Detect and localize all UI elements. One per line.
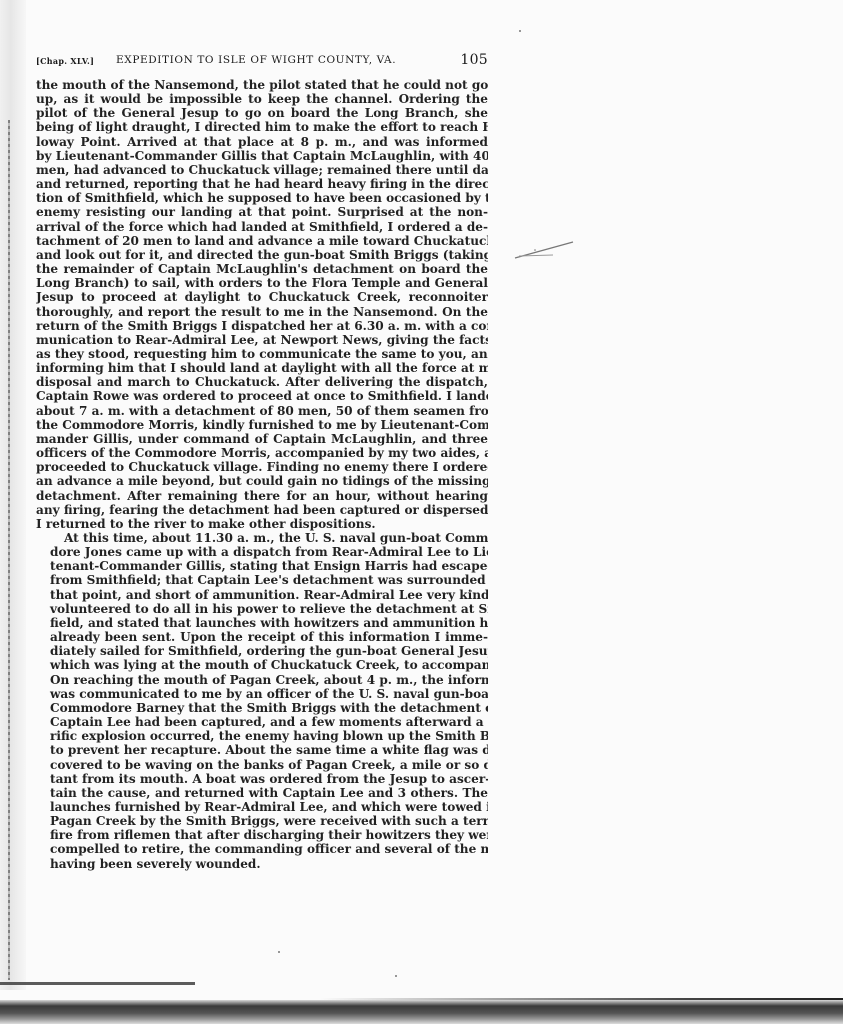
text-line: loway Point. Arrived at that place at 8 … (36, 135, 488, 149)
text-line: officers of the Commodore Morris, accomp… (36, 446, 488, 460)
paragraph: At this time, about 11.30 a. m., the U. … (36, 531, 488, 871)
text-line: rific explosion occurred, the enemy havi… (36, 729, 488, 743)
text-line: tain the cause, and returned with Captai… (36, 786, 488, 800)
text-line: munication to Rear-Admiral Lee, at Newpo… (36, 333, 488, 347)
text-line: the remainder of Captain McLaughlin's de… (36, 262, 488, 276)
text-line: mander Gillis, under command of Captain … (36, 432, 488, 446)
binding-stitch-line (8, 120, 10, 980)
page-body-text: the mouth of the Nansemond, the pilot st… (36, 78, 488, 871)
speck (519, 30, 521, 32)
text-line: arrival of the force which had landed at… (36, 220, 488, 234)
text-line: the mouth of the Nansemond, the pilot st… (36, 78, 488, 92)
running-header: [Chap. XLV.] EXPEDITION TO ISLE OF WIGHT… (36, 54, 488, 70)
text-line: diately sailed for Smithfield, ordering … (36, 644, 488, 658)
text-line: compelled to retire, the commanding offi… (36, 842, 488, 856)
text-line: from Smithfield; that Captain Lee's deta… (36, 573, 488, 587)
text-line: covered to be waving on the banks of Pag… (36, 758, 488, 772)
text-line: having been severely wounded. (36, 857, 488, 871)
text-line: about 7 a. m. with a detachment of 80 me… (36, 404, 488, 418)
speck (278, 951, 280, 953)
text-line: to prevent her recapture. About the same… (36, 743, 488, 757)
text-line: pilot of the General Jesup to go on boar… (36, 106, 488, 120)
text-line: field, and stated that launches with how… (36, 616, 488, 630)
text-line: being of light draught, I directed him t… (36, 120, 488, 134)
text-line: dore Jones came up with a dispatch from … (36, 545, 488, 559)
text-line: by Lieutenant-Commander Gillis that Capt… (36, 149, 488, 163)
speck (470, 590, 472, 592)
text-line: tant from its mouth. A boat was ordered … (36, 772, 488, 786)
text-line: which was lying at the mouth of Chuckatu… (36, 658, 488, 672)
text-line: return of the Smith Briggs I dispatched … (36, 319, 488, 333)
text-line: the Commodore Morris, kindly furnished t… (36, 418, 488, 432)
page-number: 105 (460, 52, 488, 68)
text-line: an advance a mile beyond, but could gain… (36, 474, 488, 488)
page-edge-shadow (0, 1000, 843, 1024)
chapter-label: [Chap. XLV.] (36, 56, 94, 66)
page-bottom-rule (0, 982, 195, 985)
text-line: fire from riflemen that after dischargin… (36, 828, 488, 842)
text-line: Captain Lee had been captured, and a few… (36, 715, 488, 729)
text-line: informing him that I should land at dayl… (36, 361, 488, 375)
text-line: volunteered to do all in his power to re… (36, 602, 488, 616)
page-title: EXPEDITION TO ISLE OF WIGHT COUNTY, VA. (116, 54, 396, 66)
text-line: any firing, fearing the detachment had b… (36, 503, 488, 517)
text-line: Captain Rowe was ordered to proceed at o… (36, 389, 488, 403)
text-line: I returned to the river to make other di… (36, 517, 488, 531)
text-line: up, as it would be impossible to keep th… (36, 92, 488, 106)
text-line: Jesup to proceed at daylight to Chuckatu… (36, 290, 488, 304)
text-line: and look out for it, and directed the gu… (36, 248, 488, 262)
text-line: thoroughly, and report the result to me … (36, 305, 488, 319)
text-line: as they stood, requesting him to communi… (36, 347, 488, 361)
text-line: enemy resisting our landing at that poin… (36, 205, 488, 219)
pen-stroke-icon (513, 238, 577, 262)
speck (395, 975, 397, 977)
text-line: tachment of 20 men to land and advance a… (36, 234, 488, 248)
text-line: tenant-Commander Gillis, stating that En… (36, 559, 488, 573)
text-line: disposal and march to Chuckatuck. After … (36, 375, 488, 389)
text-line: detachment. After remaining there for an… (36, 489, 488, 503)
text-line: that point, and short of ammunition. Rea… (36, 588, 488, 602)
text-line: On reaching the mouth of Pagan Creek, ab… (36, 673, 488, 687)
text-line: Commodore Barney that the Smith Briggs w… (36, 701, 488, 715)
paragraph: the mouth of the Nansemond, the pilot st… (36, 78, 488, 531)
binding-gutter (0, 0, 26, 990)
text-line: proceeded to Chuckatuck village. Finding… (36, 460, 488, 474)
text-line: Pagan Creek by the Smith Briggs, were re… (36, 814, 488, 828)
text-line: Long Branch) to sail, with orders to the… (36, 276, 488, 290)
text-line: and returned, reporting that he had hear… (36, 177, 488, 191)
text-line: was communicated to me by an officer of … (36, 687, 488, 701)
text-line: tion of Smithfield, which he supposed to… (36, 191, 488, 205)
text-line: At this time, about 11.30 a. m., the U. … (36, 531, 488, 545)
text-line: already been sent. Upon the receipt of t… (36, 630, 488, 644)
text-line: men, had advanced to Chuckatuck village;… (36, 163, 488, 177)
text-line: launches furnished by Rear-Admiral Lee, … (36, 800, 488, 814)
